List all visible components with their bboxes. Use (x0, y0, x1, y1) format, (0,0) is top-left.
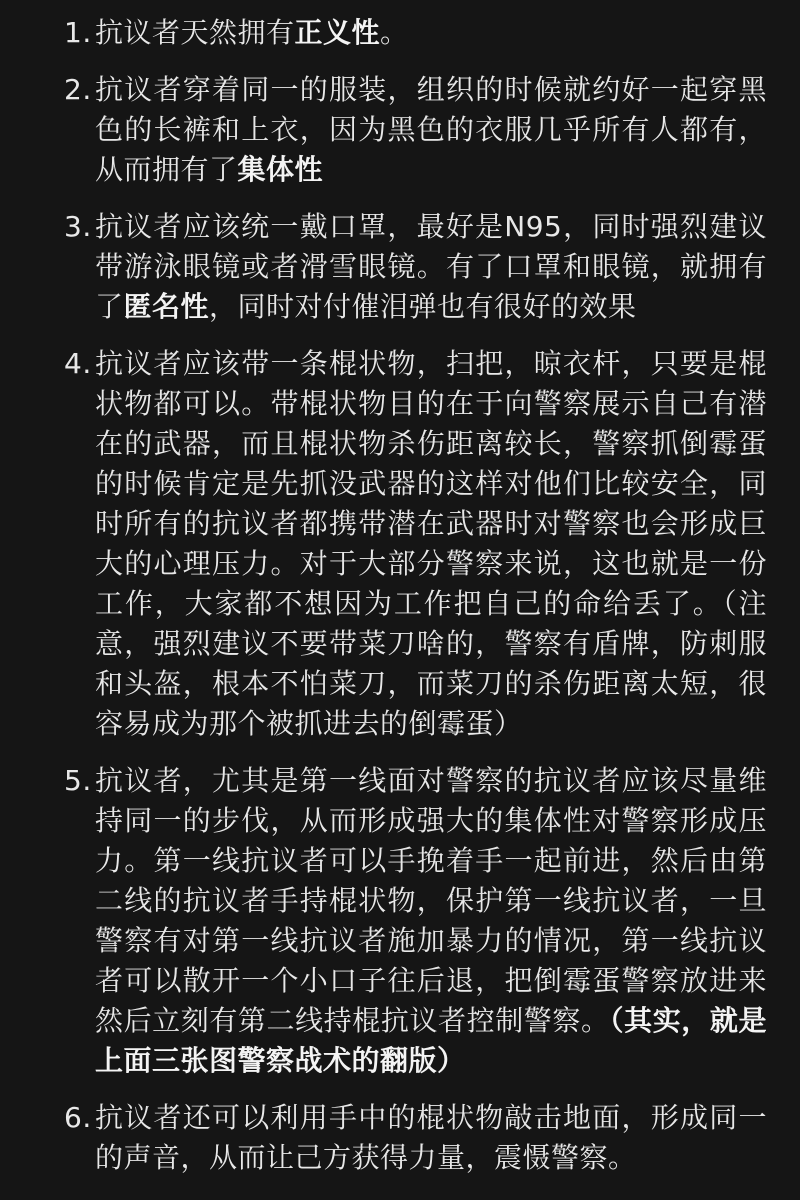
numbered-list: 1.抗议者天然拥有正义性。2.抗议者穿着同一的服装，组织的时候就约好一起穿黑色的… (64, 13, 768, 1178)
text-run: 抗议者应该带一条棍状物，扫把，晾衣杆，只要是棍状物都可以。带棍状物目的在于向警察… (95, 347, 767, 740)
list-item-number: 1. (64, 13, 95, 53)
text-run: 抗议者还可以利用手中的棍状物敲击地面，形成同一的声音，从而让己方获得力量，震慑警… (95, 1101, 767, 1174)
list-item-text: 抗议者还可以利用手中的棍状物敲击地面，形成同一的声音，从而让己方获得力量，震慑警… (95, 1098, 767, 1178)
list-item-text: 抗议者，尤其是第一线面对警察的抗议者应该尽量维持同一的步伐，从而形成强大的集体性… (95, 761, 767, 1081)
list-item-text: 抗议者天然拥有正义性。 (95, 13, 767, 53)
bold-text-run: 匿名性 (124, 290, 210, 323)
list-item-number: 5. (64, 761, 95, 801)
bold-text-run: 正义性 (295, 16, 381, 49)
list-item: 4.抗议者应该带一条棍状物，扫把，晾衣杆，只要是棍状物都可以。带棍状物目的在于向… (64, 344, 768, 744)
list-item-number: 4. (64, 344, 95, 384)
list-item-text: 抗议者应该带一条棍状物，扫把，晾衣杆，只要是棍状物都可以。带棍状物目的在于向警察… (95, 344, 767, 744)
list-item: 5.抗议者，尤其是第一线面对警察的抗议者应该尽量维持同一的步伐，从而形成强大的集… (64, 761, 768, 1081)
list-item-number: 6. (64, 1098, 95, 1138)
list-item-number: 3. (64, 207, 95, 247)
list-item-text: 抗议者穿着同一的服装，组织的时候就约好一起穿黑色的长裤和上衣，因为黑色的衣服几乎… (95, 70, 767, 190)
list-item-number: 2. (64, 70, 95, 110)
list-item: 2.抗议者穿着同一的服装，组织的时候就约好一起穿黑色的长裤和上衣，因为黑色的衣服… (64, 70, 768, 190)
list-item: 3.抗议者应该统一戴口罩，最好是N95，同时强烈建议带游泳眼镜或者滑雪眼镜。有了… (64, 207, 768, 327)
list-item-text: 抗议者应该统一戴口罩，最好是N95，同时强烈建议带游泳眼镜或者滑雪眼镜。有了口罩… (95, 207, 767, 327)
text-run: ，同时对付催泪弹也有很好的效果 (209, 290, 637, 323)
text-run: 抗议者穿着同一的服装，组织的时候就约好一起穿黑色的长裤和上衣，因为黑色的衣服几乎… (95, 73, 767, 186)
bold-text-run: 集体性 (238, 153, 324, 186)
text-run: 抗议者天然拥有 (95, 16, 295, 49)
document-content: 1.抗议者天然拥有正义性。2.抗议者穿着同一的服装，组织的时候就约好一起穿黑色的… (0, 0, 800, 1200)
list-item: 1.抗议者天然拥有正义性。 (64, 13, 768, 53)
text-run: 。 (380, 16, 409, 49)
text-run: 抗议者，尤其是第一线面对警察的抗议者应该尽量维持同一的步伐，从而形成强大的集体性… (95, 764, 767, 1037)
list-item: 6.抗议者还可以利用手中的棍状物敲击地面，形成同一的声音，从而让己方获得力量，震… (64, 1098, 768, 1178)
